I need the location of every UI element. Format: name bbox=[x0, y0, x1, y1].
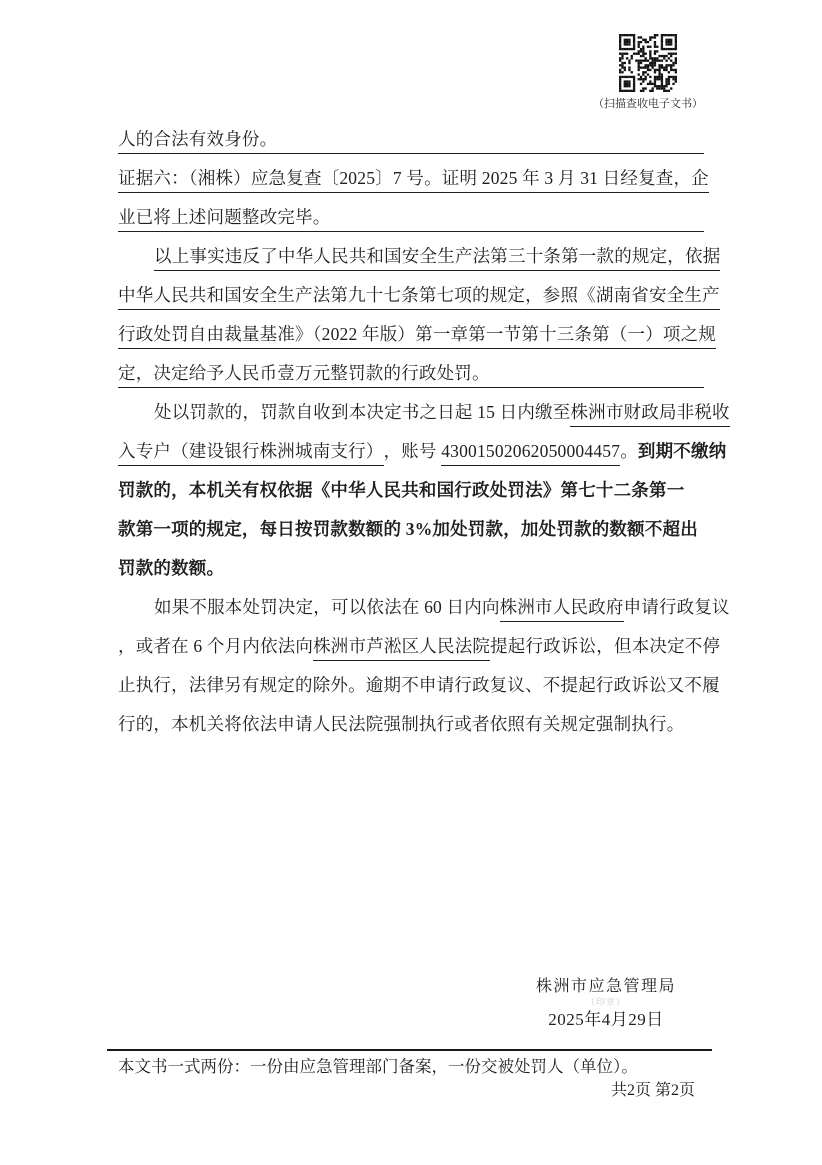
page-number: 共2页 第2页 bbox=[500, 1077, 695, 1100]
footer-divider bbox=[107, 1049, 712, 1051]
text-segment: 款第一项的规定，每日按罚款数额的 3%加处罚款，加处罚款的数额不超出 bbox=[118, 516, 698, 543]
text-line: 止执行，法律另有规定的除外。逾期不申请行政复议、不提起行政诉讼又不履 bbox=[118, 672, 704, 711]
text-line: 入专户（建设银行株洲城南支行），账号 43001502062050004457。… bbox=[118, 438, 704, 477]
text-line: 行政处罚自由裁量基准》（2022 年版）第一章第一节第十三条第（一）项之规 bbox=[118, 321, 704, 360]
text-segment: 提起行政诉讼，但本决定不停 bbox=[490, 633, 720, 660]
issuing-agency: 株洲市应急管理局 bbox=[495, 977, 717, 996]
text-segment: 中华人民共和国安全生产法第九十七条第七项的规定，参照《湖南省安全生产 bbox=[118, 282, 720, 310]
underline-fill bbox=[490, 360, 704, 388]
text-segment: 。 bbox=[620, 438, 638, 465]
text-line: ，或者在 6 个月内依法向株洲市芦淞区人民法院提起行政诉讼，但本决定不停 bbox=[118, 633, 704, 672]
footer-note: 本文书一式两份：一份由应急管理部门备案，一份交被处罚人（单位）。 bbox=[118, 1056, 638, 1078]
text-segment: 到期不缴纳 bbox=[638, 438, 727, 465]
text-segment: 止执行，法律另有规定的除外。逾期不申请行政复议、不提起行政诉讼又不履 bbox=[118, 672, 720, 699]
text-segment: 罚款的，本机关有权依据《中华人民共和国行政处罚法》第七十二条第一 bbox=[118, 477, 684, 504]
document-body: 人的合法有效身份。证据六：（湘株）应急复查〔2025〕7 号。证明 2025 年… bbox=[118, 126, 704, 750]
underline-fill bbox=[277, 126, 704, 154]
text-segment: 以上事实违反了中华人民共和国安全生产法第三十条第一款的规定，依据 bbox=[154, 243, 720, 271]
text-line: 如果不服本处罚决定，可以依法在 60 日内向株洲市人民政府申请行政复议 bbox=[118, 594, 704, 633]
text-line: 罚款的数额。 bbox=[118, 555, 704, 594]
text-segment: ，或者在 6 个月内依法向 bbox=[118, 633, 313, 660]
text-line: 人的合法有效身份。 bbox=[118, 126, 704, 165]
text-line: 款第一项的规定，每日按罚款数额的 3%加处罚款，加处罚款的数额不超出 bbox=[118, 516, 704, 555]
document-page: （扫描查收电子文书） 人的合法有效身份。证据六：（湘株）应急复查〔2025〕7 … bbox=[0, 0, 822, 1165]
text-segment: 株洲市芦淞区人民法院 bbox=[313, 633, 490, 661]
text-segment: 罚款的数额。 bbox=[118, 555, 224, 582]
qr-caption: （扫描查收电子文书） bbox=[588, 95, 708, 111]
seal-placeholder: （印章） bbox=[495, 996, 717, 1008]
underline-fill bbox=[330, 204, 704, 232]
text-segment: 定，决定给予人民币壹万元整罚款的行政处罚。 bbox=[118, 360, 490, 388]
text-segment: 43001502062050004457 bbox=[441, 438, 620, 466]
text-segment: 如果不服本处罚决定，可以依法在 60 日内向 bbox=[154, 594, 500, 621]
text-segment: 行的，本机关将依法申请人民法院强制执行或者依照有关规定强制执行。 bbox=[118, 711, 684, 738]
text-line: 以上事实违反了中华人民共和国安全生产法第三十条第一款的规定，依据 bbox=[118, 243, 704, 282]
qr-code bbox=[617, 34, 679, 92]
text-segment: 入专户（建设银行株洲城南支行） bbox=[118, 438, 384, 466]
text-segment: 株洲市财政局非税收 bbox=[570, 399, 729, 427]
text-segment: 业已将上述问题整改完毕。 bbox=[118, 204, 330, 232]
text-line: 业已将上述问题整改完毕。 bbox=[118, 204, 704, 243]
text-line: 罚款的，本机关有权依据《中华人民共和国行政处罚法》第七十二条第一 bbox=[118, 477, 704, 516]
text-line: 处以罚款的，罚款自收到本决定书之日起 15 日内缴至株洲市财政局非税收 bbox=[118, 399, 704, 438]
text-segment: 证据六：（湘株）应急复查〔2025〕7 号。证明 2025 年 3 月 31 日… bbox=[118, 165, 709, 193]
text-line: 行的，本机关将依法申请人民法院强制执行或者依照有关规定强制执行。 bbox=[118, 711, 704, 750]
text-segment: 处以罚款的，罚款自收到本决定书之日起 15 日内缴至 bbox=[154, 399, 570, 426]
text-line: 中华人民共和国安全生产法第九十七条第七项的规定，参照《湖南省安全生产 bbox=[118, 282, 704, 321]
text-segment: 申请行政复议 bbox=[624, 594, 730, 621]
issue-date: 2025年4月29日 bbox=[495, 1010, 717, 1030]
signature-block: 株洲市应急管理局 （印章） 2025年4月29日 bbox=[495, 977, 717, 1030]
text-line: 定，决定给予人民币壹万元整罚款的行政处罚。 bbox=[118, 360, 704, 399]
text-segment: 株洲市人民政府 bbox=[500, 594, 624, 622]
text-line: 证据六：（湘株）应急复查〔2025〕7 号。证明 2025 年 3 月 31 日… bbox=[118, 165, 704, 204]
text-segment: 行政处罚自由裁量基准》（2022 年版）第一章第一节第十三条第（一）项之规 bbox=[118, 321, 716, 349]
text-segment: 人的合法有效身份。 bbox=[118, 126, 277, 154]
text-segment: ，账号 bbox=[384, 438, 442, 465]
